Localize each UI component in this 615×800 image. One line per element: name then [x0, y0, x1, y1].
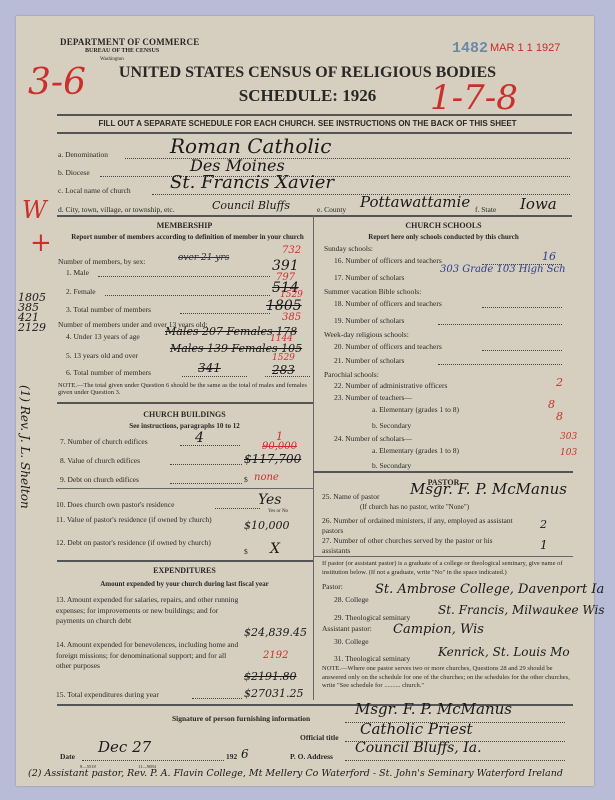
- q31-label: 31. Theological seminary: [334, 654, 410, 663]
- pastor-note: NOTE.—Where one pastor serves two or mor…: [322, 665, 572, 691]
- q16-label: 16. Number of officers and teachers: [334, 256, 442, 265]
- assistant-pastor-footnote: (2) Assistant pastor, Rev. P. A. Flavin …: [28, 768, 563, 779]
- department-label: DEPARTMENT OF COMMERCE: [60, 37, 199, 47]
- q12-label: 12. Debt on pastor's residence (if owned…: [56, 537, 236, 548]
- q15-value: $27031.25: [244, 687, 304, 700]
- stamp-number: 1482: [452, 40, 488, 57]
- calc-line: 2129: [18, 323, 58, 333]
- q29-value: St. Francis, Milwaukee Wis: [438, 603, 605, 617]
- q31-value: Kenrick, St. Louis Mo: [438, 645, 570, 659]
- q14-value: $2191.80: [244, 670, 297, 683]
- q24-label: 24. Number of scholars—: [334, 434, 412, 443]
- official-title-value: Catholic Priest: [360, 720, 473, 738]
- q24a-value: 303: [560, 432, 577, 442]
- po-address-label: P. O. Address: [290, 752, 333, 761]
- q13-label: 13. Amount expended for salaries, repair…: [56, 595, 241, 627]
- year-prefix: 192: [226, 752, 237, 761]
- q25-hint: (If church has no pastor, write "None"): [360, 503, 469, 511]
- signature-label: Signature of person furnishing informati…: [172, 714, 310, 723]
- q22-label: 22. Number of administrative officers: [334, 381, 447, 390]
- q14-correction: 2192: [263, 650, 288, 661]
- state-value: Iowa: [520, 195, 557, 213]
- official-title-label: Official title: [300, 733, 339, 742]
- expenditures-heading: EXPENDITURES: [57, 566, 312, 575]
- signature-value: Msgr. F. P. McManus: [355, 700, 512, 718]
- q6-correction: 1529: [272, 353, 295, 363]
- q2-label: 2. Female: [66, 287, 96, 296]
- date-value: Dec 27: [98, 738, 151, 756]
- margin-mark-w: W: [22, 196, 47, 224]
- schools-sub: Report here only schools conducted by th…: [316, 233, 571, 241]
- q27-label: 27. Number of other churches served by t…: [322, 536, 522, 556]
- q24b-value: 103: [560, 448, 577, 458]
- q6-value-left: 341: [198, 361, 221, 375]
- q10-value: Yes: [258, 492, 282, 508]
- q23-label: 23. Number of teachers—: [334, 393, 412, 402]
- schools-heading: CHURCH SCHOOLS: [316, 221, 571, 230]
- county-value: Pottawattamie: [360, 193, 470, 211]
- q9-label: 9. Debt on church edifices: [60, 475, 139, 484]
- q21-label: 21. Number of scholars: [334, 356, 404, 365]
- q1-label: 1. Male: [66, 268, 89, 277]
- buildings-heading: CHURCH BUILDINGS: [57, 410, 312, 419]
- margin-mark-plus: +: [30, 228, 52, 258]
- denomination-value: Roman Catholic: [170, 134, 331, 158]
- q8-label: 8. Value of church edifices: [60, 456, 140, 465]
- by-sex-struck: over 21 yrs: [178, 253, 229, 263]
- margin-note-right: 1-7-8: [430, 78, 518, 118]
- county-label: e. County: [317, 205, 346, 214]
- q23b-label: b. Secondary: [372, 421, 411, 430]
- city-label: Washington: [100, 57, 124, 62]
- po-address-value: Council Bluffs, Ia.: [355, 740, 482, 756]
- church-label: c. Local name of church: [58, 186, 131, 195]
- parochial-schools-label: Parochial schools:: [324, 370, 379, 379]
- q25-label: 25. Name of pastor: [322, 492, 379, 501]
- q10-hint: Yes or No: [268, 509, 288, 514]
- q26-value: 2: [540, 518, 547, 531]
- q17-label: 17. Number of scholars: [334, 273, 404, 282]
- city-field-label: d. City, town, village, or township, etc…: [58, 205, 175, 214]
- q5-label: 5. 13 years old and over: [66, 351, 138, 360]
- q7-label: 7. Number of church edifices: [60, 437, 148, 446]
- q8-correction: 90,000: [262, 441, 297, 452]
- q20-label: 20. Number of officers and teachers: [334, 342, 442, 351]
- q11-value: $10,000: [244, 519, 290, 532]
- expenditures-sub: Amount expended by your church during la…: [57, 580, 312, 588]
- q15-label: 15. Total expenditures during year: [56, 690, 159, 699]
- q27-value: 1: [540, 538, 548, 552]
- q24a-label: a. Elementary (grades 1 to 8): [372, 446, 459, 455]
- buildings-sub: See instructions, paragraphs 10 to 12: [57, 422, 312, 430]
- weekday-schools-label: Week-day religious schools:: [324, 330, 409, 339]
- by-sex-label: Number of members, by sex:: [58, 257, 145, 266]
- q24b-label: b. Secondary: [372, 461, 411, 470]
- q10-label: 10. Does church own pastor's residence: [56, 500, 174, 509]
- city-value: Council Bluffs: [212, 199, 290, 212]
- instructions-banner: FILL OUT A SEPARATE SCHEDULE FOR EACH CH…: [0, 119, 615, 128]
- bureau-label: BUREAU OF THE CENSUS: [85, 48, 159, 54]
- graduate-note: If pastor (or assistant pastor) is a gra…: [322, 560, 570, 577]
- q4-correction: 385: [282, 312, 301, 323]
- q28-label: 28. College: [334, 595, 369, 604]
- q18-label: 18. Number of officers and teachers: [334, 299, 442, 308]
- q11-label: 11. Value of pastor's residence (if owne…: [56, 514, 236, 525]
- q30-label: 30. College: [334, 637, 369, 646]
- church-value: St. Francis Xavier: [170, 172, 334, 193]
- q29-label: 29. Theological seminary: [334, 613, 410, 622]
- membership-note: NOTE.—The total given under Question 6 s…: [58, 382, 308, 396]
- q26-label: 26. Number of ordained ministers, if any…: [322, 516, 522, 536]
- q16-value: 16: [542, 250, 556, 263]
- margin-note-left: 3-6: [28, 62, 86, 103]
- side-note: (1) Rev. J. L. Shelton: [18, 385, 32, 565]
- membership-heading: MEMBERSHIP: [57, 221, 312, 230]
- q7-value: 4: [195, 430, 204, 446]
- q19-label: 19. Number of scholars: [334, 316, 404, 325]
- state-label: f. State: [475, 205, 496, 214]
- q12-value: X: [270, 541, 280, 557]
- q6-label: 6. Total number of members: [66, 368, 151, 377]
- year-suffix: 6: [241, 747, 249, 761]
- diocese-label: b. Diocese: [58, 168, 90, 177]
- q23a-value: 8: [548, 398, 555, 411]
- q4-label: 4. Under 13 years of age: [66, 332, 140, 341]
- q25-value: Msgr. F. P. McManus: [410, 480, 567, 498]
- q22-value: 2: [556, 376, 563, 389]
- assistant-sublabel: Assistant pastor:: [322, 624, 372, 633]
- q28-value: St. Ambrose College, Davenport Ia: [375, 582, 604, 597]
- form-title: UNITED STATES CENSUS OF RELIGIOUS BODIES: [0, 64, 615, 82]
- summer-schools-label: Summer vacation Bible schools:: [324, 287, 421, 296]
- q9-value: none: [254, 472, 279, 483]
- schedule-title: SCHEDULE: 1926: [0, 86, 615, 106]
- q6-value-right: 283: [272, 363, 295, 377]
- margin-calculation: 1805 385 421 2129: [18, 293, 58, 333]
- denomination-label: a. Denomination: [58, 150, 108, 159]
- membership-intro: Report number of members according to de…: [70, 233, 305, 241]
- q3-label: 3. Total number of members: [66, 305, 151, 314]
- q23b-value: 8: [556, 410, 563, 423]
- q1-correction: 732: [282, 245, 301, 256]
- q30-value: Campion, Wis: [393, 622, 484, 637]
- sunday-schools-label: Sunday schools:: [324, 244, 373, 253]
- date-label: Date: [60, 752, 75, 761]
- q17-value: 303 Grade 103 High Sch: [440, 264, 566, 275]
- q23a-label: a. Elementary (grades 1 to 8): [372, 405, 459, 414]
- q13-value: $24,839.45: [244, 626, 307, 639]
- stamp-date: MAR 1 1 1927: [490, 42, 560, 54]
- q8-value: $117,700: [244, 452, 301, 466]
- pastor-sublabel: Pastor:: [322, 582, 343, 591]
- q14-label: 14. Amount expended for benevolences, in…: [56, 640, 241, 672]
